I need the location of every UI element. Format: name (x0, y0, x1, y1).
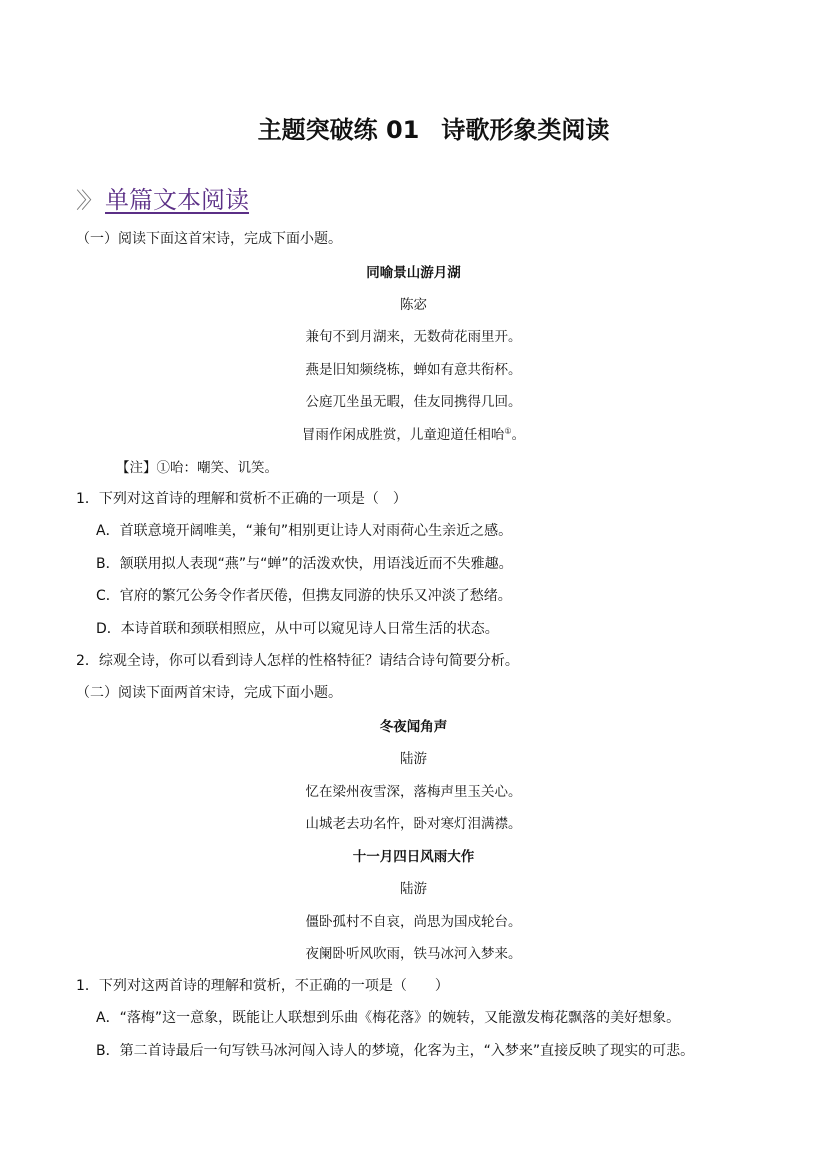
footnote-marker: ① (504, 427, 511, 436)
poem1-line: 燕是旧知频绕栋，蝉如有意共衔杯。 (0, 358, 827, 378)
question-option: D．本诗首联和颈联相照应，从中可以窥见诗人日常生活的状态。 (96, 618, 499, 638)
poem1-title: 同喻景山游月湖 (0, 261, 827, 281)
question-option: A．“落梅”这一意象，既能让人联想到乐曲《梅花落》的婉转，又能激发梅花飘落的美好… (96, 1007, 680, 1027)
poem1-line-last: 冒雨作闲成胜赏，儿童迎道任相咍①。 (0, 423, 827, 443)
question-option: B．颔联用拟人表现“燕”与“蝉”的活泼欢快，用语浅近而不失雅趣。 (96, 553, 513, 573)
question-option: B．第二首诗最后一句写铁马冰河闯入诗人的梦境，化客为主，“入梦来”直接反映了现实… (96, 1040, 694, 1060)
question-stem: 1．下列对这首诗的理解和赏析不正确的一项是（ ） (76, 488, 407, 508)
poem3-author: 陆游 (0, 877, 827, 897)
double-chevron-right-icon: 〉〉 (76, 189, 97, 214)
title-sub: 诗歌形象类阅读 (441, 116, 609, 144)
section-header: 〉〉单篇文本阅读 (76, 180, 249, 215)
page-title: 主题突破练 01诗歌形象类阅读 (0, 110, 827, 145)
poem3-title: 十一月四日风雨大作 (0, 845, 827, 865)
poem3-line: 夜阑卧听风吹雨，铁马冰河入梦来。 (0, 942, 827, 962)
poem1-note: 【注】①咍：嘲笑、讥笑。 (116, 456, 278, 476)
poem2-line: 忆在梁州夜雪深，落梅声里玉关心。 (0, 780, 827, 800)
part1-intro: （一）阅读下面这首宋诗，完成下面小题。 (76, 228, 342, 248)
poem3-line: 僵卧孤村不自哀，尚思为国戍轮台。 (0, 910, 827, 930)
poem2-title: 冬夜闻角声 (0, 715, 827, 735)
poem1-line-end: 。 (512, 427, 526, 443)
poem2-line: 山城老去功名忤，卧对寒灯泪满襟。 (0, 812, 827, 832)
poem1-line: 冒雨作闲成胜赏，儿童迎道任相咍 (302, 427, 505, 443)
section-label: 单篇文本阅读 (105, 186, 249, 214)
question-stem: 2．综观全诗，你可以看到诗人怎样的性格特征？请结合诗句简要分析。 (76, 650, 519, 670)
question-stem: 1．下列对这两首诗的理解和赏析，不正确的一项是（ ） (76, 975, 449, 995)
poem2-author: 陆游 (0, 747, 827, 767)
question-option: C．官府的繁冗公务令作者厌倦，但携友同游的快乐又冲淡了愁绪。 (96, 585, 512, 605)
part2-intro: （二）阅读下面两首宋诗，完成下面小题。 (76, 682, 342, 702)
title-main: 主题突破练 01 (258, 116, 420, 144)
poem1-line: 兼旬不到月湖来，无数荷花雨里开。 (0, 325, 827, 345)
poem1-author: 陈宓 (0, 293, 827, 313)
question-option: A．首联意境开阔唯美，“兼旬”相别更让诗人对雨荷心生亲近之感。 (96, 520, 512, 540)
poem1-line: 公庭兀坐虽无暇，佳友同携得几回。 (0, 390, 827, 410)
